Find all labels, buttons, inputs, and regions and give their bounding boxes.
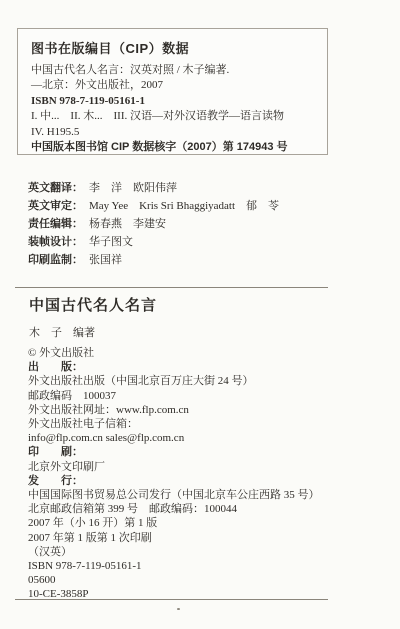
section-divider-top — [15, 287, 328, 288]
colophon-line-publisher-address: 外文出版社出版（中国北京百万庄大街 24 号） — [28, 374, 320, 388]
credits-row-print-supervisor: 印刷监制：张国祥 — [28, 251, 279, 269]
credits-row-english-reviewer: 英文审定：May Yee Kris Sri Bhaggiyadatt 郁 苓 — [28, 197, 279, 215]
colophon-line-email-label: 外文出版社电子信箱： — [28, 417, 320, 431]
cip-line-classification: I. 中... II. 木... III. 汉语—对外汉语教学—语言读物 — [31, 109, 317, 124]
colophon-line-printer-label: 印 刷： — [28, 445, 320, 459]
credits-row-cover-design: 装帧设计：华子图文 — [28, 233, 279, 251]
colophon-line-distributor-address: 中国国际图书贸易总公司发行（中国北京车公庄西路 35 号） — [28, 488, 320, 502]
colophon-line-distributor-label: 发 行： — [28, 474, 320, 488]
cip-line-imprint: —北京：外文出版社，2007 — [31, 78, 317, 93]
cip-line-call-number: IV. H195.5 — [31, 125, 317, 140]
title-block: 中国古代名人名言 木 子 编著 — [29, 294, 157, 340]
credits-row-responsible-editor: 责任编辑：杨春燕 李建安 — [28, 215, 279, 233]
colophon-block: © 外文出版社 出 版： 外文出版社出版（中国北京百万庄大街 24 号） 邮政编… — [28, 346, 320, 602]
credit-value: 张国祥 — [89, 254, 122, 266]
colophon-line-language: （汉英） — [28, 545, 320, 559]
credit-value: 华子图文 — [89, 236, 133, 248]
colophon-line-po-box: 北京邮政信箱第 399 号 邮政编码：100044 — [28, 502, 320, 516]
credit-value: 杨春燕 李建安 — [89, 218, 166, 230]
colophon-line-printing: 2007 年第 1 版第 1 次印刷 — [28, 531, 320, 545]
credits-row-translator: 英文翻译：李 洋 欧阳伟萍 — [28, 179, 279, 197]
colophon-line-copyright: © 外文出版社 — [28, 346, 320, 360]
colophon-line-website: 外文出版社网址：www.flp.com.cn — [28, 403, 320, 417]
cip-line-registration-number: 中国版本图书馆 CIP 数据核字（2007）第 174943 号 — [31, 140, 317, 155]
cip-line-title-statement: 中国古代名人名言：汉英对照 / 木子编著. — [31, 63, 317, 78]
colophon-line-postal-code: 邮政编码 100037 — [28, 389, 320, 403]
section-divider-bottom — [15, 599, 328, 600]
credit-value: 李 洋 欧阳伟萍 — [89, 182, 177, 194]
colophon-line-price-code: 05600 — [28, 573, 320, 587]
footer-dot — [177, 608, 180, 610]
book-author: 木 子 编著 — [29, 324, 157, 340]
credit-value: May Yee Kris Sri Bhaggiyadatt 郁 苓 — [89, 200, 279, 212]
credit-label: 英文翻译： — [28, 182, 83, 194]
book-copyright-page: 图书在版编目（CIP）数据 中国古代名人名言：汉英对照 / 木子编著. —北京：… — [0, 0, 400, 629]
credit-label: 装帧设计： — [28, 236, 83, 248]
colophon-line-publisher-label: 出 版： — [28, 360, 320, 374]
credit-label: 责任编辑： — [28, 218, 83, 230]
colophon-line-email-addresses: info@flp.com.cn sales@flp.com.cn — [28, 431, 320, 445]
book-title: 中国古代名人名言 — [29, 294, 157, 315]
colophon-line-isbn: ISBN 978-7-119-05161-1 — [28, 559, 320, 573]
colophon-line-edition: 2007 年（小 16 开）第 1 版 — [28, 516, 320, 530]
cip-box-title: 图书在版编目（CIP）数据 — [31, 38, 317, 57]
credits-block: 英文翻译：李 洋 欧阳伟萍 英文审定：May Yee Kris Sri Bhag… — [28, 179, 279, 269]
credit-label: 印刷监制： — [28, 254, 83, 266]
cip-line-isbn: ISBN 978-7-119-05161-1 — [31, 94, 317, 109]
cip-data-box: 图书在版编目（CIP）数据 中国古代名人名言：汉英对照 / 木子编著. —北京：… — [17, 28, 328, 155]
credit-label: 英文审定： — [28, 200, 83, 212]
colophon-line-printer-name: 北京外文印刷厂 — [28, 460, 320, 474]
